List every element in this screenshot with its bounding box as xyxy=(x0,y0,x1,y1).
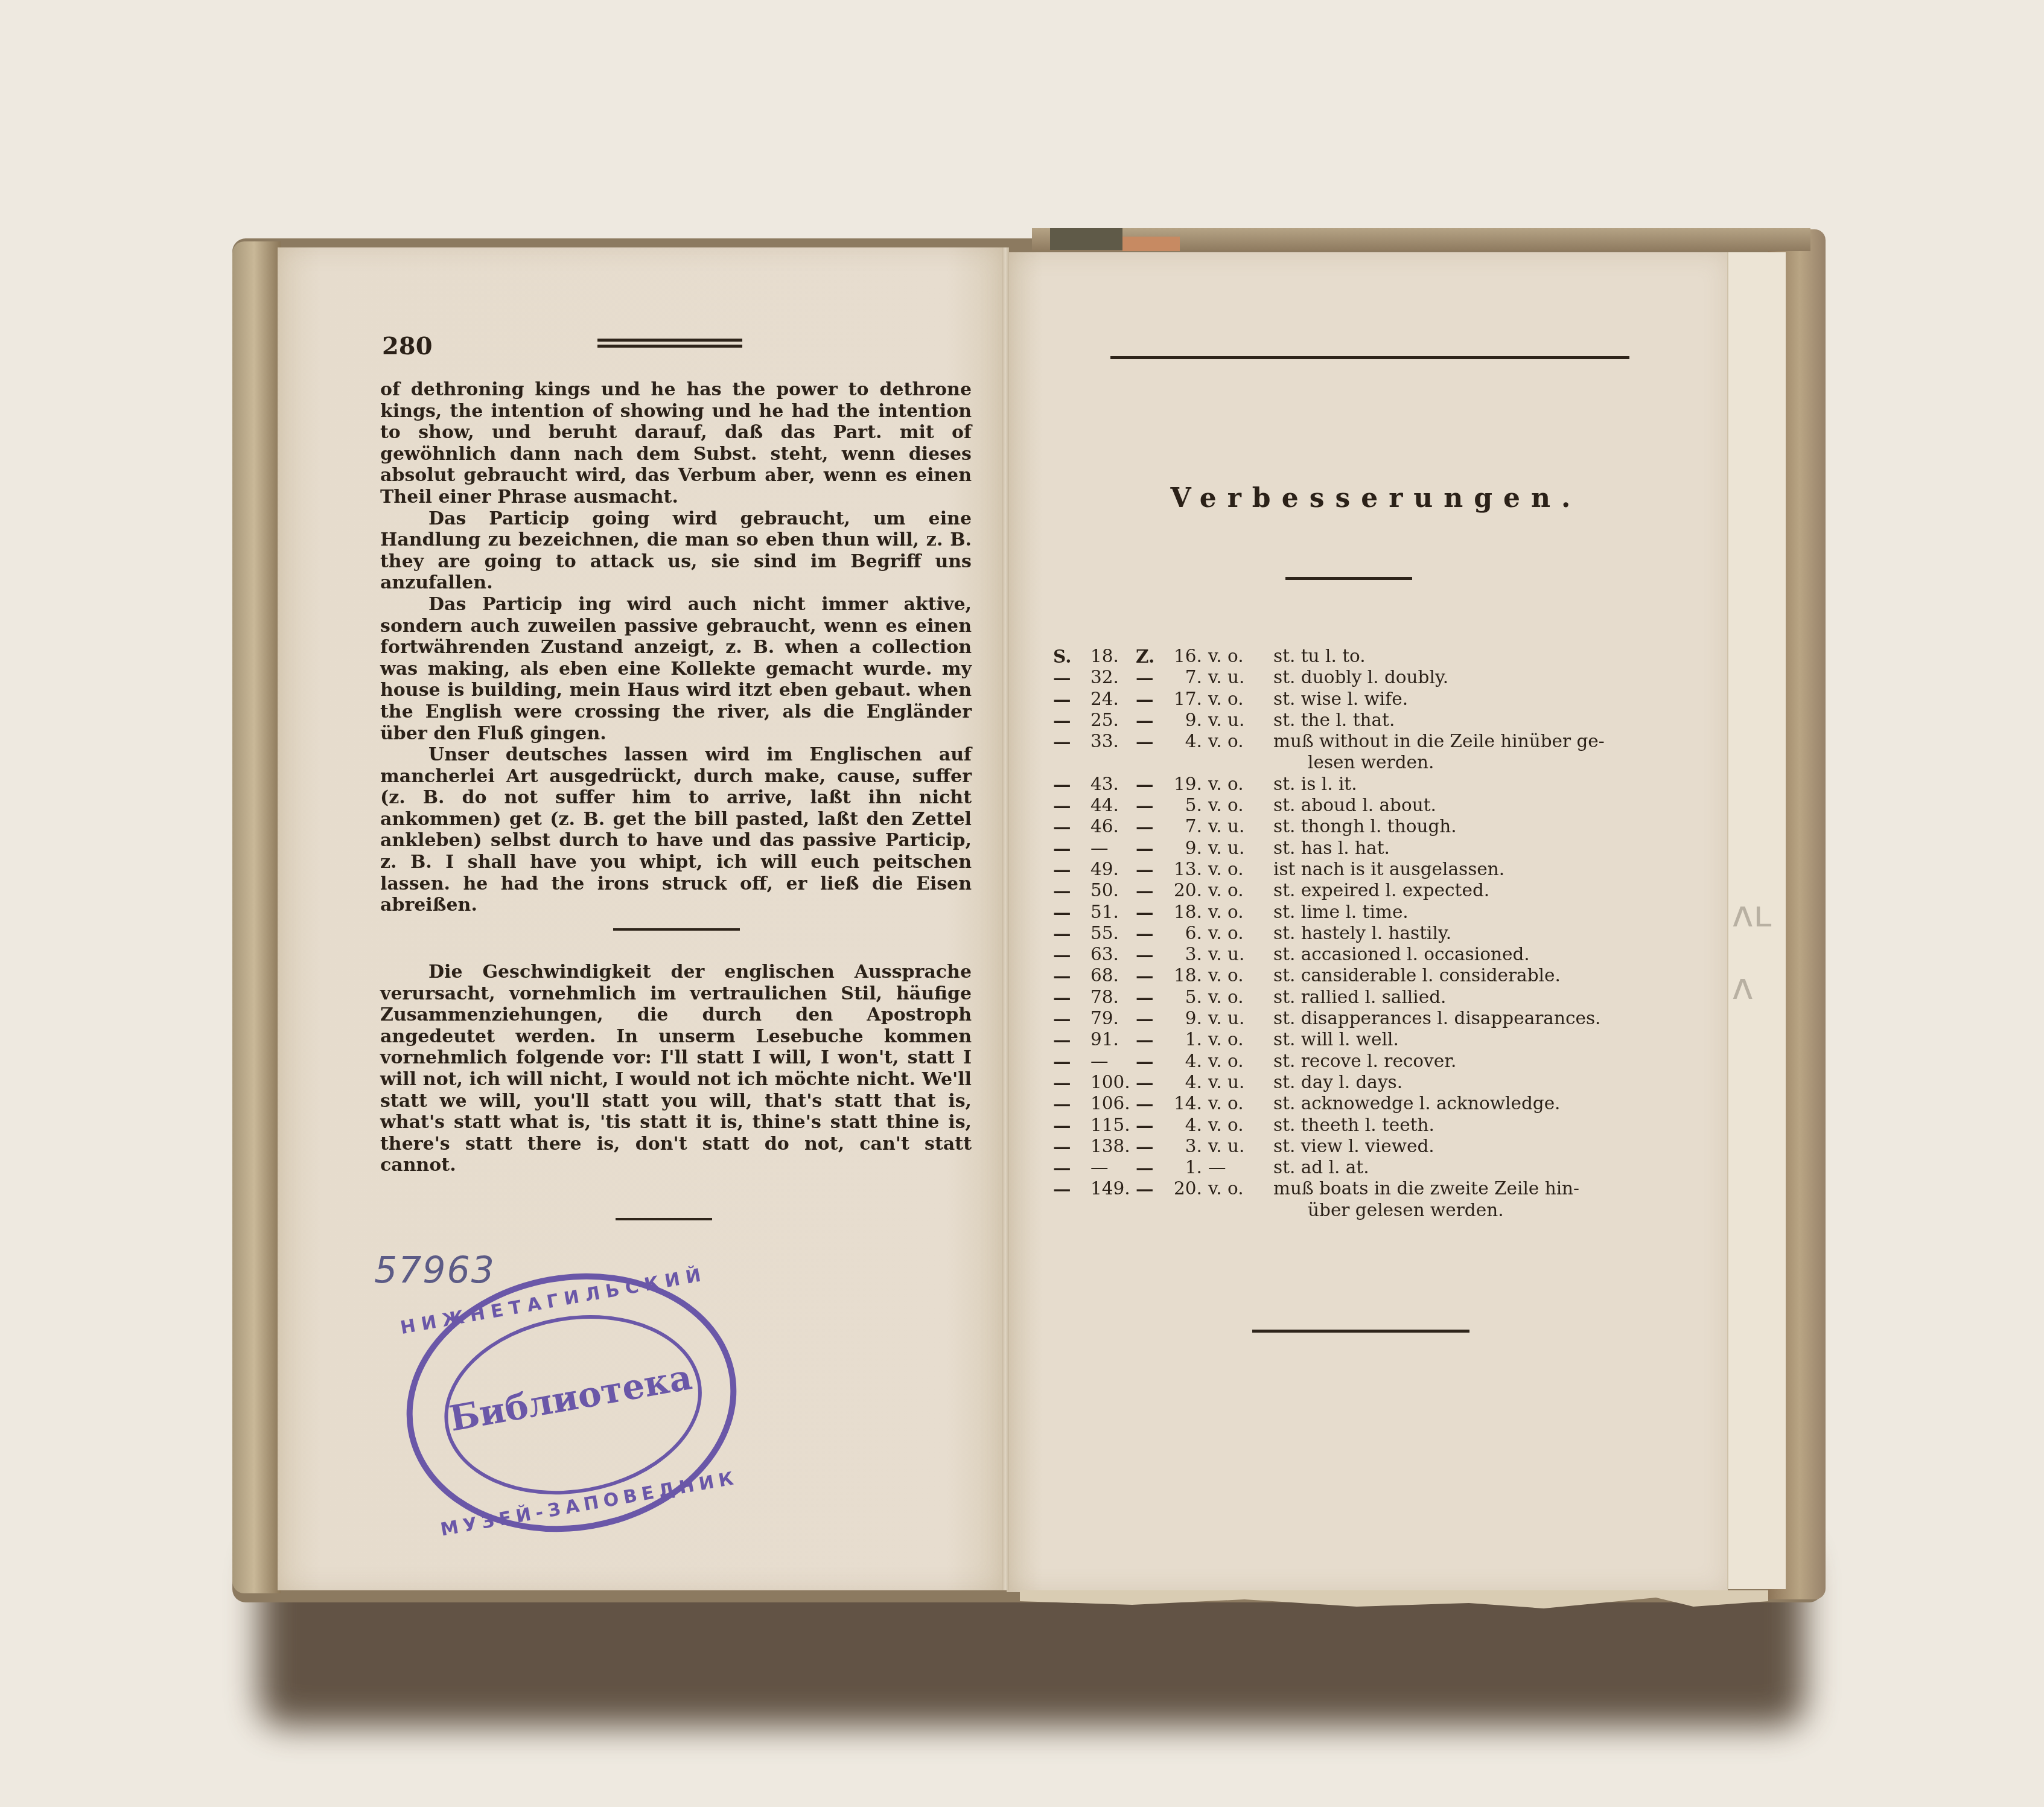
errata-row: ———4.v. o.st. recove l. recover. xyxy=(1053,1051,1669,1072)
errata-row: ———9.v. u.st. has l. hat. xyxy=(1053,838,1669,859)
errata-page: 115. xyxy=(1090,1115,1136,1136)
errata-b: — xyxy=(1136,1072,1167,1093)
errata-a: — xyxy=(1053,923,1090,944)
errata-b: — xyxy=(1136,1115,1167,1136)
errata-text: st. acknowedge l. acknowledge. xyxy=(1273,1093,1660,1114)
errata-b: — xyxy=(1136,902,1167,923)
paragraph: Die Geschwindigkeit der englischen Aussp… xyxy=(380,961,972,1176)
header-rule xyxy=(1110,356,1629,359)
errata-a: — xyxy=(1053,1051,1090,1072)
errata-row: —50.—20.v. o.st. expeired l. expected. xyxy=(1053,880,1669,901)
errata-b: — xyxy=(1136,880,1167,901)
errata-pos: v. o. xyxy=(1208,1029,1273,1050)
errata-row: —33.—4.v. o.muß without in die Zeile hin… xyxy=(1053,731,1669,752)
errata-b: — xyxy=(1136,965,1167,986)
errata-line: 4. xyxy=(1167,1051,1208,1072)
errata-b: — xyxy=(1136,731,1167,752)
errata-line: 18. xyxy=(1167,902,1208,923)
errata-page: 100. xyxy=(1090,1072,1136,1093)
errata-text: st. ad l. at. xyxy=(1273,1157,1660,1178)
pencil-mark: ᴧʟ xyxy=(1732,893,1772,935)
errata-b: — xyxy=(1136,1029,1167,1050)
end-rule xyxy=(1252,1330,1469,1333)
errata-page: 18. xyxy=(1090,646,1136,667)
errata-line: 20. xyxy=(1167,1178,1208,1199)
errata-pos: v. o. xyxy=(1208,1093,1273,1114)
errata-text: ist nach is it ausgelassen. xyxy=(1273,859,1660,880)
pencil-mark: ᴧ xyxy=(1732,966,1754,1008)
errata-a: — xyxy=(1053,1029,1090,1050)
errata-text: st. will l. well. xyxy=(1273,1029,1660,1050)
errata-b: — xyxy=(1136,795,1167,816)
paragraph: Unser deutsches lassen wird im Englische… xyxy=(380,744,972,916)
header-rule xyxy=(597,339,742,342)
errata-page: 49. xyxy=(1090,859,1136,880)
errata-row: —106.—14.v. o.st. acknowedge l. acknowle… xyxy=(1053,1093,1669,1114)
errata-text: st. is l. it. xyxy=(1273,774,1660,795)
errata-pos: v. o. xyxy=(1208,795,1273,816)
errata-text: st. disapperances l. disappearances. xyxy=(1273,1008,1660,1029)
errata-pos: v. o. xyxy=(1208,902,1273,923)
errata-line: 16. xyxy=(1167,646,1208,667)
errata-text: st. day l. days. xyxy=(1273,1072,1660,1093)
errata-row: —79.—9.v. u.st. disapperances l. disappe… xyxy=(1053,1008,1669,1029)
errata-text: st. tu l. to. xyxy=(1273,646,1660,667)
errata-line: 20. xyxy=(1167,880,1208,901)
errata-row: —55.—6.v. o.st. hastely l. hastily. xyxy=(1053,923,1669,944)
errata-b: — xyxy=(1136,838,1167,859)
errata-text: st. lime l. time. xyxy=(1273,902,1660,923)
errata-pos: v. o. xyxy=(1208,1115,1273,1136)
errata-pos: v. o. xyxy=(1208,689,1273,710)
errata-a: — xyxy=(1053,1093,1090,1114)
errata-pos: v. u. xyxy=(1208,667,1273,688)
errata-row: —68.—18.v. o.st. cansiderable l. conside… xyxy=(1053,965,1669,986)
errata-b: — xyxy=(1136,987,1167,1008)
errata-row: —78.—5.v. o.st. rallied l. sallied. xyxy=(1053,987,1669,1008)
errata-continuation: über gelesen werden. xyxy=(1053,1200,1669,1221)
errata-pos: v. o. xyxy=(1208,965,1273,986)
errata-pos: v. o. xyxy=(1208,880,1273,901)
errata-page: 68. xyxy=(1090,965,1136,986)
errata-list: S.18.Z.16.v. o.st. tu l. to.—32.—7.v. u.… xyxy=(1053,646,1669,1221)
errata-page: 32. xyxy=(1090,667,1136,688)
errata-b: — xyxy=(1136,1051,1167,1072)
errata-page: 24. xyxy=(1090,689,1136,710)
errata-row: —25.—9.v. u.st. the l. that. xyxy=(1053,710,1669,731)
errata-line: 1. xyxy=(1167,1029,1208,1050)
cover-left-edge xyxy=(232,241,281,1593)
errata-a: — xyxy=(1053,667,1090,688)
paragraph: of dethroning kings und he has the power… xyxy=(380,379,972,508)
errata-a: — xyxy=(1053,1115,1090,1136)
errata-a: — xyxy=(1053,965,1090,986)
errata-text: st. aboud l. about. xyxy=(1273,795,1660,816)
errata-pos: v. o. xyxy=(1208,774,1273,795)
errata-pos: v. o. xyxy=(1208,859,1273,880)
errata-line: 17. xyxy=(1167,689,1208,710)
errata-pos: v. o. xyxy=(1208,1051,1273,1072)
errata-line: 4. xyxy=(1167,1072,1208,1093)
errata-line: 14. xyxy=(1167,1093,1208,1114)
errata-text: muß boats in die zweite Zeile hin- xyxy=(1273,1178,1660,1199)
errata-line: 9. xyxy=(1167,838,1208,859)
left-body-text: of dethroning kings und he has the power… xyxy=(380,379,972,916)
paragraph: Das Particip ing wird auch nicht immer a… xyxy=(380,594,972,744)
errata-pos: — xyxy=(1208,1157,1273,1178)
errata-a: — xyxy=(1053,902,1090,923)
page-title: Verbesserungen. xyxy=(1038,483,1714,514)
errata-text: st. theeth l. teeth. xyxy=(1273,1115,1660,1136)
gutter xyxy=(1002,247,1009,1590)
errata-text: muß without in die Zeile hinüber ge- xyxy=(1273,731,1660,752)
errata-continuation: lesen werden. xyxy=(1053,752,1669,773)
errata-page: 50. xyxy=(1090,880,1136,901)
errata-line: 5. xyxy=(1167,795,1208,816)
errata-page: 138. xyxy=(1090,1136,1136,1157)
errata-page: 44. xyxy=(1090,795,1136,816)
errata-pos: v. o. xyxy=(1208,731,1273,752)
errata-text: st. expeired l. expected. xyxy=(1273,880,1660,901)
errata-row: —49.—13.v. o.ist nach is it ausgelassen. xyxy=(1053,859,1669,880)
errata-line: 6. xyxy=(1167,923,1208,944)
errata-pos: v. u. xyxy=(1208,944,1273,965)
errata-b: — xyxy=(1136,923,1167,944)
errata-text: st. cansiderable l. considerable. xyxy=(1273,965,1660,986)
errata-row: —32.—7.v. u.st. duobly l. doubly. xyxy=(1053,667,1669,688)
errata-b: — xyxy=(1136,944,1167,965)
errata-row: —115.—4.v. o.st. theeth l. teeth. xyxy=(1053,1115,1669,1136)
errata-page: 33. xyxy=(1090,731,1136,752)
errata-pos: v. u. xyxy=(1208,710,1273,731)
errata-pos: v. o. xyxy=(1208,646,1273,667)
errata-a: S. xyxy=(1053,646,1090,667)
errata-b: — xyxy=(1136,859,1167,880)
errata-row: —100.—4.v. u.st. day l. days. xyxy=(1053,1072,1669,1093)
errata-row: S.18.Z.16.v. o.st. tu l. to. xyxy=(1053,646,1669,667)
errata-b: — xyxy=(1136,1136,1167,1157)
errata-a: — xyxy=(1053,987,1090,1008)
errata-page: 25. xyxy=(1090,710,1136,731)
errata-a: — xyxy=(1053,838,1090,859)
errata-pos: v. u. xyxy=(1208,1072,1273,1093)
title-rule xyxy=(1285,577,1412,580)
section-divider xyxy=(613,928,740,931)
errata-a: — xyxy=(1053,859,1090,880)
errata-line: 5. xyxy=(1167,987,1208,1008)
errata-text: st. hastely l. hastily. xyxy=(1273,923,1660,944)
errata-pos: v. u. xyxy=(1208,838,1273,859)
errata-text: st. has l. hat. xyxy=(1273,838,1660,859)
errata-line: 18. xyxy=(1167,965,1208,986)
errata-row: —51.—18.v. o.st. lime l. time. xyxy=(1053,902,1669,923)
errata-a: — xyxy=(1053,880,1090,901)
errata-line: 19. xyxy=(1167,774,1208,795)
left-body-text-section2: Die Geschwindigkeit der englischen Aussp… xyxy=(380,961,972,1176)
errata-row: —149.—20.v. o.muß boats in die zweite Ze… xyxy=(1053,1178,1669,1199)
errata-page: 149. xyxy=(1090,1178,1136,1199)
errata-page: 51. xyxy=(1090,902,1136,923)
handwritten-shelfmark: 57963 xyxy=(374,1249,495,1292)
errata-b: — xyxy=(1136,1093,1167,1114)
errata-page: 106. xyxy=(1090,1093,1136,1114)
errata-page: 91. xyxy=(1090,1029,1136,1050)
errata-row: —63.—3.v. u.st. accasioned l. occasioned… xyxy=(1053,944,1669,965)
errata-page: — xyxy=(1090,838,1136,859)
errata-text: st. thongh l. though. xyxy=(1273,816,1660,837)
errata-line: 13. xyxy=(1167,859,1208,880)
errata-b: — xyxy=(1136,774,1167,795)
errata-page: — xyxy=(1090,1051,1136,1072)
errata-pos: v. u. xyxy=(1208,1008,1273,1029)
errata-a: — xyxy=(1053,795,1090,816)
errata-a: — xyxy=(1053,1008,1090,1029)
end-rule xyxy=(616,1218,712,1220)
errata-pos: v. o. xyxy=(1208,987,1273,1008)
errata-row: —138.—3.v. u.st. view l. viewed. xyxy=(1053,1136,1669,1157)
errata-row: —24.—17.v. o.st. wise l. wife. xyxy=(1053,689,1669,710)
errata-pos: v. o. xyxy=(1208,923,1273,944)
errata-a: — xyxy=(1053,731,1090,752)
errata-row: ———1.—st. ad l. at. xyxy=(1053,1157,1669,1178)
errata-line: 1. xyxy=(1167,1157,1208,1178)
page-number: 280 xyxy=(382,332,433,360)
errata-text: st. view l. viewed. xyxy=(1273,1136,1660,1157)
errata-b: — xyxy=(1136,667,1167,688)
errata-b: — xyxy=(1136,816,1167,837)
errata-line: 7. xyxy=(1167,816,1208,837)
errata-page: 46. xyxy=(1090,816,1136,837)
errata-line: 4. xyxy=(1167,731,1208,752)
errata-b: — xyxy=(1136,1178,1167,1199)
errata-text: st. the l. that. xyxy=(1273,710,1660,731)
errata-line: 3. xyxy=(1167,944,1208,965)
errata-a: — xyxy=(1053,1157,1090,1178)
errata-a: — xyxy=(1053,944,1090,965)
spine-tear-orange xyxy=(1122,237,1180,251)
errata-b: — xyxy=(1136,1008,1167,1029)
errata-a: — xyxy=(1053,710,1090,731)
errata-page: 55. xyxy=(1090,923,1136,944)
header-rule xyxy=(597,345,742,348)
errata-a: — xyxy=(1053,1178,1090,1199)
errata-line: 9. xyxy=(1167,1008,1208,1029)
errata-page: 43. xyxy=(1090,774,1136,795)
errata-pos: v. u. xyxy=(1208,1136,1273,1157)
paragraph: Das Particip going wird gebraucht, um ei… xyxy=(380,508,972,594)
errata-a: — xyxy=(1053,816,1090,837)
errata-row: —44.—5.v. o.st. aboud l. about. xyxy=(1053,795,1669,816)
spine-tear-dark xyxy=(1050,228,1122,250)
errata-a: — xyxy=(1053,774,1090,795)
errata-b: — xyxy=(1136,710,1167,731)
errata-b: — xyxy=(1136,1157,1167,1178)
errata-pos: v. u. xyxy=(1208,816,1273,837)
errata-text: st. duobly l. doubly. xyxy=(1273,667,1660,688)
errata-line: 7. xyxy=(1167,667,1208,688)
errata-a: — xyxy=(1053,1136,1090,1157)
errata-page: — xyxy=(1090,1157,1136,1178)
errata-line: 9. xyxy=(1167,710,1208,731)
errata-a: — xyxy=(1053,1072,1090,1093)
errata-page: 78. xyxy=(1090,987,1136,1008)
errata-text: st. recove l. recover. xyxy=(1273,1051,1660,1072)
errata-line: 3. xyxy=(1167,1136,1208,1157)
errata-b: — xyxy=(1136,689,1167,710)
errata-page: 63. xyxy=(1090,944,1136,965)
errata-row: —46.—7.v. u.st. thongh l. though. xyxy=(1053,816,1669,837)
errata-page: 79. xyxy=(1090,1008,1136,1029)
errata-text: st. rallied l. sallied. xyxy=(1273,987,1660,1008)
errata-text: st. wise l. wife. xyxy=(1273,689,1660,710)
errata-row: —43.—19.v. o.st. is l. it. xyxy=(1053,774,1669,795)
errata-row: —91.—1.v. o.st. will l. well. xyxy=(1053,1029,1669,1050)
errata-a: — xyxy=(1053,689,1090,710)
errata-text: st. accasioned l. occasioned. xyxy=(1273,944,1660,965)
errata-pos: v. o. xyxy=(1208,1178,1273,1199)
errata-line: 4. xyxy=(1167,1115,1208,1136)
errata-b: Z. xyxy=(1136,646,1167,667)
